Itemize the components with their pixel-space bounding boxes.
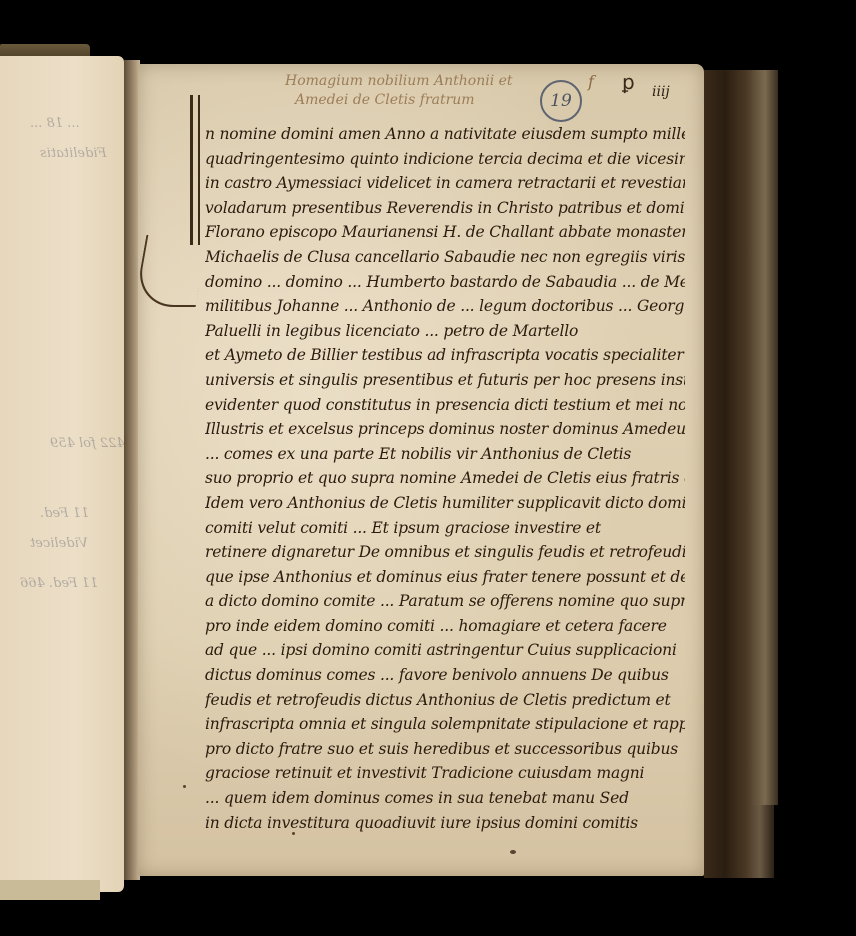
folio-stamp: 19 <box>540 80 582 122</box>
ink-spot <box>183 785 186 788</box>
text-line: Florano episcopo Maurianensi H. de Chall… <box>205 220 685 245</box>
manuscript-text: n nomine domini amen Anno a nativitate e… <box>205 122 685 835</box>
text-line: et Aymeto de Billier testibus ad infrasc… <box>205 343 685 368</box>
ink-spot <box>292 832 295 835</box>
text-line: ... quem idem dominus comes in sua teneb… <box>205 786 685 811</box>
text-line: domino ... domino ... Humberto bastardo … <box>205 270 685 295</box>
text-line: evidenter quod constitutus in presencia … <box>205 393 685 418</box>
binding-strip <box>752 70 778 805</box>
text-line: voladarum presentibus Reverendis in Chri… <box>205 196 685 221</box>
text-line: retinere dignaretur De omnibus et singul… <box>205 540 685 565</box>
text-line: que ipse Anthonius et dominus eius frate… <box>205 565 685 590</box>
text-line: universis et singulis presentibus et fut… <box>205 368 685 393</box>
text-line: suo proprio et quo supra nomine Amedei d… <box>205 466 685 491</box>
text-line: Paluelli in legibus licenciato ... petro… <box>205 319 685 344</box>
bleed-through-text: Videlicet <box>30 536 88 551</box>
bleed-through-text: 1422 fol 459 <box>50 436 133 451</box>
left-page: ... 18 ... Fidelitatis 1422 fol 459 11 F… <box>0 56 124 892</box>
folio-abbrev-mark: ꝑ <box>622 70 635 94</box>
heading-line: Amedei de Cletis fratrum <box>285 91 525 110</box>
text-line: Idem vero Anthonius de Cletis humiliter … <box>205 491 685 516</box>
bleed-through-text: 11 Fed. <box>40 506 89 521</box>
text-line: ad que ... ipsi domino comiti astringent… <box>205 638 685 663</box>
text-line: Michaelis de Clusa cancellario Sabaudie … <box>205 245 685 270</box>
text-line: Illustris et excelsus princeps dominus n… <box>205 417 685 442</box>
bleed-through-text: ... 18 ... <box>30 116 80 131</box>
text-line: militibus Johanne ... Anthonio de ... le… <box>205 294 685 319</box>
ink-spot <box>510 850 516 854</box>
text-line: dictus dominus comes ... favore benivolo… <box>205 663 685 688</box>
text-line: feudis et retrofeudis dictus Anthonius d… <box>205 688 685 713</box>
text-line: pro inde eidem domino comiti ... homagia… <box>205 614 685 639</box>
text-line: comiti velut comiti ... Et ipsum gracios… <box>205 516 685 541</box>
folio-stamp-number: 19 <box>550 91 572 111</box>
text-line: quadringentesimo quinto indicione tercia… <box>205 147 685 172</box>
text-line: in dicta investitura quoadiuvit iure ips… <box>205 811 685 836</box>
folio-f-mark: f <box>588 72 594 91</box>
text-line: in castro Aymessiaci videlicet in camera… <box>205 171 685 196</box>
text-line: pro dicto fratre suo et suis heredibus e… <box>205 737 685 762</box>
text-line: infrascripta omnia et singula solempnita… <box>205 712 685 737</box>
heading-line: Homagium nobilium Anthonii et <box>285 72 525 91</box>
bleed-through-text: 11 Fed. 466 <box>20 576 98 591</box>
bleed-through-text: Fidelitatis <box>40 146 107 161</box>
text-line: ... comes ex una parte Et nobilis vir An… <box>205 442 685 467</box>
folio-heading: Homagium nobilium Anthonii et Amedei de … <box>285 72 525 110</box>
text-line: n nomine domini amen Anno a nativitate e… <box>205 122 685 147</box>
underleaf-edge <box>0 880 100 900</box>
text-line: a dicto domino comite ... Paratum se off… <box>205 589 685 614</box>
decorated-initial-letter <box>190 95 200 245</box>
folio-roman-numeral: iiij <box>652 84 670 100</box>
text-line: graciose retinuit et investivit Tradicio… <box>205 761 685 786</box>
